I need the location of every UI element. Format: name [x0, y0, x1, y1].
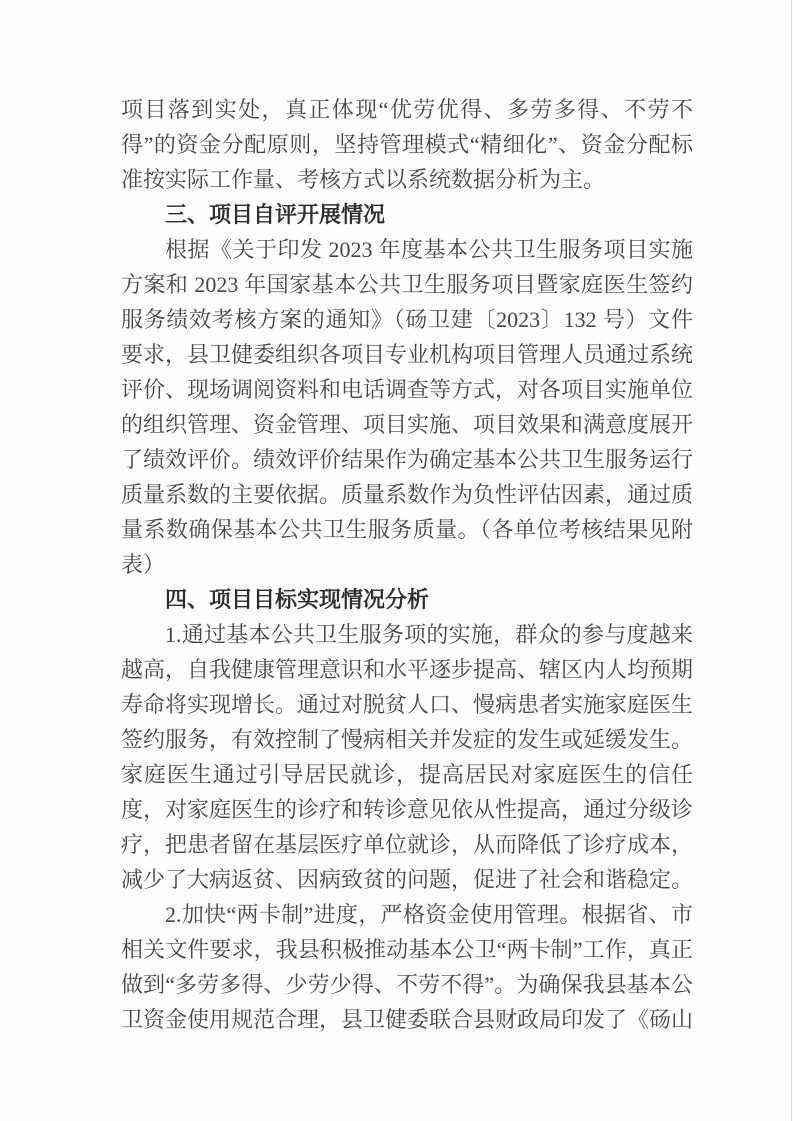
section-3-heading: 三、项目自评开展情况	[121, 197, 693, 232]
continued-paragraph: 项目落到实处，真正体现“优劳优得、多劳多得、不劳不得”的资金分配原则，坚持管理模…	[121, 92, 693, 197]
section-3-paragraph: 根据《关于印发 2023 年度基本公共卫生服务项目实施方案和 2023 年国家基…	[121, 232, 693, 582]
section-4-point-2-paragraph: 2.加快“两卡制”进度，严格资金使用管理。根据省、市相关文件要求，我县积极推动基…	[121, 897, 693, 1037]
document-page: 项目落到实处，真正体现“优劳优得、多劳多得、不劳不得”的资金分配原则，坚持管理模…	[0, 0, 793, 1121]
document-content: 项目落到实处，真正体现“优劳优得、多劳多得、不劳不得”的资金分配原则，坚持管理模…	[121, 92, 693, 1037]
scan-edge-line	[791, 0, 792, 1121]
section-4-point-1-paragraph: 1.通过基本公共卫生服务项的实施，群众的参与度越来越高，自我健康管理意识和水平逐…	[121, 617, 693, 897]
section-4-heading: 四、项目目标实现情况分析	[121, 582, 693, 617]
